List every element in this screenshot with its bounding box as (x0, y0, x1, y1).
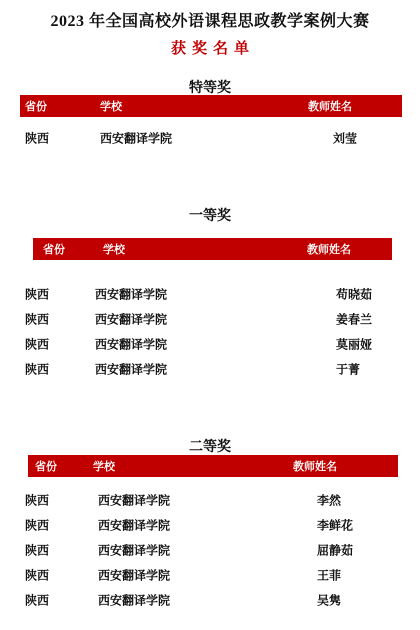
table-row: 陕西 西安翻译学院 莫丽娅 (0, 331, 420, 356)
province-cell: 陕西 (25, 491, 49, 508)
school-cell: 西安翻译学院 (95, 335, 167, 352)
column-header-province: 省份 (25, 98, 47, 114)
teacher-name-cell: 李然 (317, 491, 341, 508)
province-cell: 陕西 (25, 541, 49, 558)
table-row: 陕西 西安翻译学院 王菲 (0, 562, 420, 587)
table-row: 陕西 西安翻译学院 苟晓茹 (0, 281, 420, 306)
teacher-name-cell: 苟晓茹 (336, 285, 372, 302)
school-cell: 西安翻译学院 (98, 541, 170, 558)
table-row: 陕西 西安翻译学院 屈静茹 (0, 537, 420, 562)
column-header-province: 省份 (43, 241, 65, 257)
section-title-special-prize: 特等奖 (0, 77, 420, 97)
teacher-name-cell: 于菁 (336, 360, 360, 377)
teacher-name-cell: 姜春兰 (336, 310, 372, 327)
section-title-second-prize: 二等奖 (0, 436, 420, 456)
column-header-school: 学校 (100, 98, 122, 114)
table-row: 陕西 西安翻译学院 李鲜花 (0, 512, 420, 537)
school-cell: 西安翻译学院 (95, 285, 167, 302)
province-cell: 陕西 (25, 360, 49, 377)
column-header-teacher-name: 教师姓名 (293, 458, 337, 474)
column-header-school: 学校 (103, 241, 125, 257)
special-prize-rows: 陕西 西安翻译学院 刘莹 (0, 125, 420, 150)
table-row: 陕西 西安翻译学院 刘莹 (0, 125, 420, 150)
table-row: 陕西 西安翻译学院 姜春兰 (0, 306, 420, 331)
school-cell: 西安翻译学院 (95, 310, 167, 327)
province-cell: 陕西 (25, 285, 49, 302)
teacher-name-cell: 吴隽 (317, 591, 341, 608)
table-row: 陕西 西安翻译学院 吴隽 (0, 587, 420, 612)
table-row: 陕西 西安翻译学院 李然 (0, 487, 420, 512)
province-cell: 陕西 (25, 310, 49, 327)
teacher-name-cell: 王菲 (317, 566, 341, 583)
table-header-bar: 省份 学校 教师姓名 (28, 455, 398, 477)
award-list-subtitle: 获奖名单 (0, 37, 420, 58)
school-cell: 西安翻译学院 (98, 516, 170, 533)
column-header-teacher-name: 教师姓名 (307, 241, 351, 257)
teacher-name-cell: 屈静茹 (317, 541, 353, 558)
page-title: 2023 年全国高校外语课程思政教学案例大赛 (0, 8, 420, 31)
table-header-bar: 省份 学校 教师姓名 (20, 95, 402, 117)
column-header-teacher-name: 教师姓名 (308, 98, 352, 114)
teacher-name-cell: 李鲜花 (317, 516, 353, 533)
first-prize-rows: 陕西 西安翻译学院 苟晓茹 陕西 西安翻译学院 姜春兰 陕西 西安翻译学院 莫丽… (0, 281, 420, 381)
second-prize-rows: 陕西 西安翻译学院 李然 陕西 西安翻译学院 李鲜花 陕西 西安翻译学院 屈静茹… (0, 487, 420, 612)
province-cell: 陕西 (25, 591, 49, 608)
province-cell: 陕西 (25, 129, 49, 146)
column-header-school: 学校 (93, 458, 115, 474)
table-row: 陕西 西安翻译学院 于菁 (0, 356, 420, 381)
column-header-province: 省份 (35, 458, 57, 474)
school-cell: 西安翻译学院 (98, 566, 170, 583)
province-cell: 陕西 (25, 516, 49, 533)
teacher-name-cell: 刘莹 (333, 129, 357, 146)
section-title-first-prize: 一等奖 (0, 205, 420, 225)
school-cell: 西安翻译学院 (95, 360, 167, 377)
province-cell: 陕西 (25, 566, 49, 583)
school-cell: 西安翻译学院 (100, 129, 172, 146)
award-document-page: 2023 年全国高校外语课程思政教学案例大赛 获奖名单 特等奖 省份 学校 教师… (0, 0, 420, 630)
teacher-name-cell: 莫丽娅 (336, 335, 372, 352)
school-cell: 西安翻译学院 (98, 491, 170, 508)
school-cell: 西安翻译学院 (98, 591, 170, 608)
table-header-bar: 省份 学校 教师姓名 (33, 238, 392, 260)
province-cell: 陕西 (25, 335, 49, 352)
